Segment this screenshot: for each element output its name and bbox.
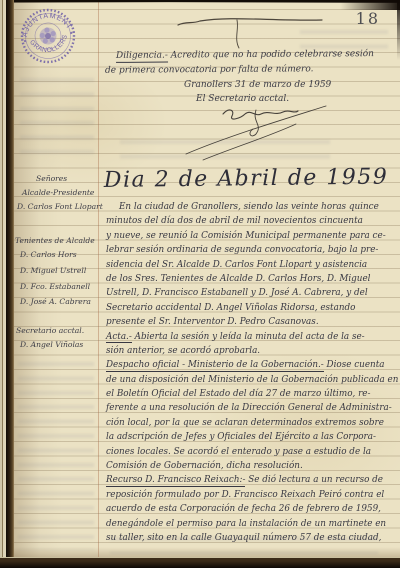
body-underlined: Recurso D. Francisco Reixach:- [106,475,245,487]
margin-item: Señores [36,174,67,183]
body-line: denegándole el permiso para la instalaci… [106,517,398,531]
margin-item: Tenientes de Alcalde [15,236,95,245]
body-underlined: Despacho oficial - Ministerio de la Gobe… [106,360,324,372]
diligencia-dateline: Granollers 31 de marzo de 1959 [184,80,331,90]
margin-rule-line [98,2,99,557]
body-text: ciones locales. Se acordó el enterado y … [106,447,371,457]
diligencia-text: Acredito que no ha podido celebrarse ses… [168,49,374,60]
body-text: Diose cuenta [324,360,385,370]
secretary-signature-mark [178,98,338,166]
body-line: Comisión de Gobernación, dicha resolució… [106,459,398,473]
body-line: su taller, sito en la calle Guayaquil nú… [106,531,398,545]
body-line: el Boletín Oficial del Estado del día 27… [106,387,398,401]
body-line: Ustrell, D. Francisco Estabanell y D. Jo… [106,286,398,300]
body-line: ferente a una resolución de la Dirección… [106,401,398,415]
diligencia-line: de primera convocatoria por falta de núm… [105,64,314,75]
body-text: Comisión de Gobernación, dicha resolució… [106,461,303,471]
body-text: el Boletín Oficial del Estado del día 27… [106,389,370,399]
body-text: denegándole el permiso para la instalaci… [106,519,386,529]
body-line: sión anterior, se acordó aprobarla. [106,344,398,358]
body-line: la adscripción de Jefes y Oficiales del … [106,430,398,444]
body-text: Ustrell, D. Francisco Estabanell y D. Jo… [106,288,368,298]
screenshot-root: { "colors": { "paper": "#ebe2c4", "ink":… [0,0,400,568]
body-line: Secretario accidental D. Angel Viñolas R… [106,301,398,315]
body-line: presente el Sr. Interventor D. Pedro Cas… [106,315,398,329]
body-text: de una disposición del Ministerio de la … [106,375,398,385]
body-line: minutos del día dos de abril de mil nove… [106,214,398,228]
body-text: sidencia del Sr. Alcalde D. Carlos Font … [106,260,367,270]
diligencia-line: Diligencia.- Acredito que no ha podido c… [116,49,374,61]
body-line: acuerdo de esta Corporación de fecha 26 … [106,502,398,516]
body-line: Recurso D. Francisco Reixach:- Se dió le… [106,473,398,487]
body-text: Abierta la sesión y leída la minuta del … [132,332,365,342]
margin-item: D. Angel Viñolas [20,340,83,349]
body-text: minutos del día dos de abril de mil nove… [106,216,363,226]
body-text: Se dió lectura a un recurso de [245,475,383,485]
margin-item: D. Fco. Estabanell [20,282,90,291]
body-line: reposición formulado por D. Francisco Re… [106,488,398,502]
book-binding-edge [6,0,14,568]
body-line: ciones locales. Se acordó el enterado y … [106,445,398,459]
diligencia-underlined: Diligencia.- [116,51,168,63]
body-line: de una disposición del Ministerio de la … [106,373,398,387]
body-text: su taller, sito en la calle Guayaquil nú… [106,533,381,543]
body-text: presente el Sr. Interventor D. Pedro Cas… [106,317,319,327]
body-text: lebrar sesión ordinaria de segunda convo… [106,245,378,255]
body-text: y nueve, se reunió la Comisión Municipal… [106,231,386,241]
minutes-body-text: En la ciudad de Granollers, siendo las v… [106,200,398,545]
margin-item: D. Miguel Ustrell [20,266,86,275]
margin-item: D. José A. Cabrera [20,297,91,306]
body-line: lebrar sesión ordinaria de segunda convo… [106,243,398,257]
page-number: 18 [356,9,380,28]
body-text: ción local, por la que se aclaran determ… [106,418,384,428]
stamp-emblem [38,26,58,46]
body-text: Secretario accidental D. Angel Viñolas R… [106,303,355,313]
body-line: En la ciudad de Granollers, siendo las v… [106,200,398,214]
body-text: de los Sres. Tenientes de Alcalde D. Car… [106,274,371,284]
body-line: Acta.- Abierta la sesión y leída la minu… [106,330,398,344]
diligencia-text: de primera convocatoria por falta de núm… [105,64,314,75]
body-text: reposición formulado por D. Francisco Re… [106,490,384,500]
pen-flourish-mark [176,11,326,53]
margin-item: D. Carlos Font Llopart [17,202,103,211]
body-line: Despacho oficial - Ministerio de la Gobe… [106,358,398,372]
body-text: ferente a una resolución de la Dirección… [106,403,392,413]
body-text: En la ciudad de Granollers, siendo las v… [119,202,379,212]
body-line: sidencia del Sr. Alcalde D. Carlos Font … [106,258,398,272]
margin-item: Secretario acctal. [16,326,84,335]
body-text: sión anterior, se acordó aprobarla. [106,346,260,356]
diligencia-text: Granollers 31 de marzo de 1959 [184,80,331,90]
margin-item: Alcalde-Presidente [22,188,94,197]
margin-item: D. Carlos Hors [20,250,77,259]
page-bottom-edge [0,557,400,568]
body-line: y nueve, se reunió la Comisión Municipal… [106,229,398,243]
body-text: la adscripción de Jefes y Oficiales del … [106,432,376,442]
body-line: ción local, por la que se aclaran determ… [106,416,398,430]
granollers-stamp-icon: AJUNTAMENT GRANOLLERS [12,2,83,70]
session-date-heading: Dia 2 de Abril de 1959 [104,165,389,193]
body-underlined: Acta.- [106,332,132,344]
body-line: de los Sres. Tenientes de Alcalde D. Car… [106,272,398,286]
body-text: acuerdo de esta Corporación de fecha 26 … [106,504,381,514]
